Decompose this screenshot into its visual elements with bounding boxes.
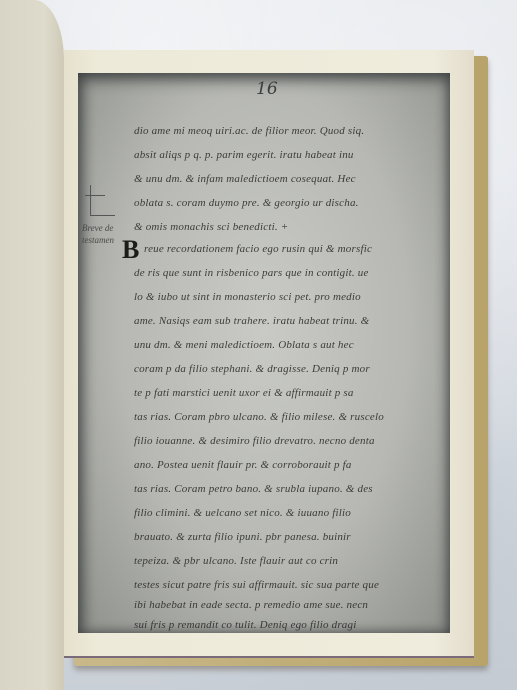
manuscript-line: te p fati marstici uenit uxor ei & affir… — [134, 387, 444, 399]
manuscript-line: filio iouanne. & desimiro filio drevatro… — [134, 435, 444, 447]
manuscript-line: ano. Postea uenit flauir pr. & corrobora… — [134, 459, 444, 471]
margin-note: Breve de — [82, 223, 113, 233]
manuscript-line: sui fris p remandit co tulit. Deniq ego … — [134, 619, 444, 631]
manuscript-line: tas rias. Coram petro bano. & srubla iup… — [134, 483, 444, 495]
manuscript-line: & omis monachis sci benedicti. + — [134, 221, 444, 233]
folio-number: 16 — [256, 79, 278, 99]
manuscript-line: absit aliqs p q. p. parim egerit. iratu … — [134, 149, 444, 161]
manuscript-line: reue recordationem facio ego rusin qui &… — [144, 243, 454, 255]
marginal-cross-icon — [90, 185, 115, 216]
manuscript-line: ame. Nasiqs eam sub trahere. iratu habea… — [134, 315, 444, 327]
manuscript-line: coram p da filio stephani. & dragisse. D… — [134, 363, 444, 375]
manuscript-line: testes sicut patre fris sui affirmauit. … — [134, 579, 444, 591]
decorated-initial: B — [122, 235, 139, 265]
manuscript-line: lo & iubo ut sint in monasterio sci pet.… — [134, 291, 444, 303]
manuscript-facsimile-plate: 16 Breve de testamen B dio ame mi meoq u… — [78, 73, 450, 633]
manuscript-line: filio climini. & uelcano set nico. & iuu… — [134, 507, 444, 519]
manuscript-line: dio ame mi meoq uiri.ac. de filior meor.… — [134, 125, 444, 137]
manuscript-line: tepeiza. & pbr ulcano. Iste flauir aut c… — [134, 555, 444, 567]
manuscript-line: ibi habebat in eade secta. p remedio ame… — [134, 599, 444, 611]
manuscript-line: tas rias. Coram pbro ulcano. & filio mil… — [134, 411, 444, 423]
margin-note: testamen — [82, 235, 114, 245]
manuscript-line: unu dm. & meni maledictioem. Oblata s au… — [134, 339, 444, 351]
manuscript-line: brauato. & zurta filio ipuni. pbr panesa… — [134, 531, 444, 543]
left-page-edge — [0, 0, 64, 690]
manuscript-line: de ris que sunt in risbenico pars que in… — [134, 267, 444, 279]
manuscript-line: & unu dm. & infam maledictioem cosequat.… — [134, 173, 444, 185]
manuscript-line: oblata s. coram duymo pre. & georgio ur … — [134, 197, 444, 209]
